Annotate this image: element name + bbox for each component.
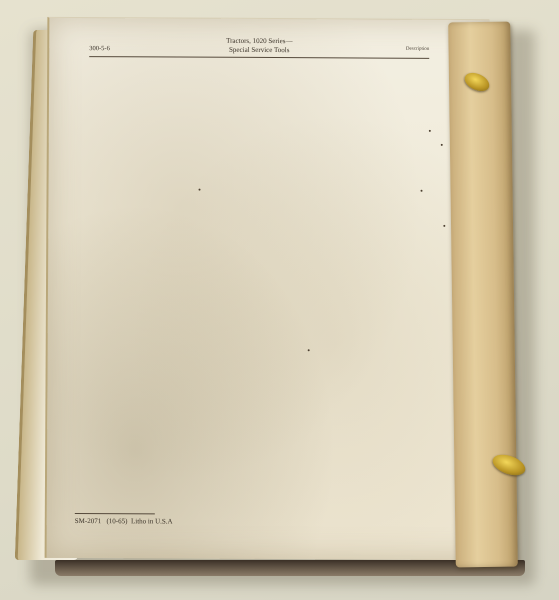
manual-back-page: 300-5-6 Tractors, 1020 Series— Special S…: [45, 17, 490, 560]
date-code: (10-65): [106, 517, 127, 525]
page-header: 300-5-6 Tractors, 1020 Series— Special S…: [89, 28, 429, 60]
header-rule: [89, 56, 429, 59]
page-stains: [49, 18, 489, 20]
section-label: Description: [406, 47, 429, 52]
form-number: SM-2071: [75, 517, 101, 525]
printing-note: Litho in U.S.A: [131, 517, 173, 525]
header-title: Tractors, 1020 Series— Special Service T…: [89, 36, 429, 56]
footer-rule: [75, 513, 155, 514]
binding-spine-tape: [448, 22, 518, 568]
header-title-line2: Special Service Tools: [89, 45, 429, 56]
book-bottom-edge: [55, 560, 525, 576]
page-footer: SM-2071 (10-65) Litho in U.S.A: [75, 513, 275, 526]
